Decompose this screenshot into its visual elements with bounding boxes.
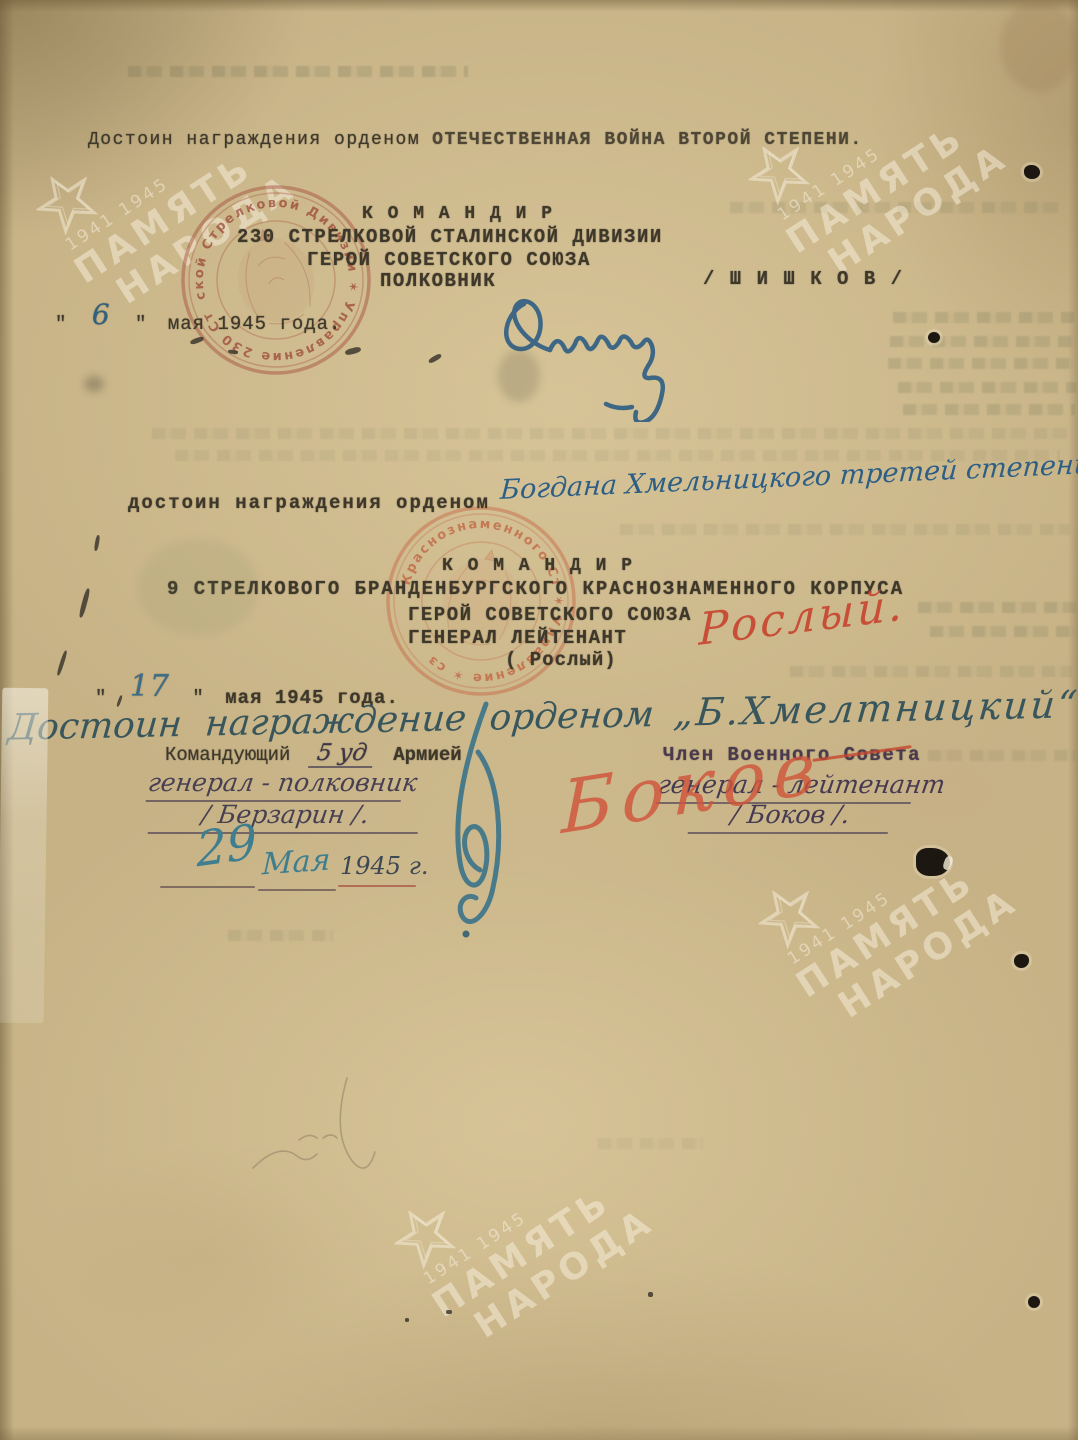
rank-1: ПОЛКОВНИК bbox=[380, 270, 496, 292]
left-rank-handwritten: генерал - полковник bbox=[146, 768, 406, 802]
hole bbox=[1028, 1296, 1040, 1308]
surname-shishkov: / Ш И Ш К О В / bbox=[703, 268, 904, 290]
award-document-page: 1941 1945 ПАМЯТЬ НАРОДА 1941 1945 ПАМЯТЬ… bbox=[0, 0, 1078, 1440]
worthy-line-2: достоин награждения орденом bbox=[128, 492, 490, 514]
star-icon bbox=[747, 874, 829, 955]
handwritten-day-6: 6 bbox=[92, 298, 111, 331]
bleed-through-line bbox=[152, 428, 1067, 439]
ink-fleck bbox=[56, 650, 68, 676]
bleed-through-line bbox=[898, 382, 1076, 393]
stain bbox=[1000, 0, 1078, 92]
date-line-1: " 6 " мая 1945 года. bbox=[55, 303, 342, 336]
speck bbox=[648, 1292, 653, 1297]
pencil-scribble bbox=[235, 1070, 435, 1180]
star-icon bbox=[25, 160, 107, 241]
rank-2: ГЕНЕРАЛ ЛЕЙТЕНАНТ bbox=[408, 627, 627, 649]
star-icon bbox=[383, 1194, 465, 1275]
bleed-through-line bbox=[928, 750, 1076, 761]
commander-label: Командующий bbox=[165, 744, 290, 766]
handwritten-month: Мая bbox=[261, 843, 331, 883]
order-name: ОТЕЧЕСТВЕННАЯ ВОЙНА ВТОРОЙ СТЕПЕНИ. bbox=[432, 130, 863, 150]
ink-smudge bbox=[498, 350, 540, 402]
bleed-through-line bbox=[620, 524, 1070, 535]
bleed-through-line bbox=[918, 602, 1076, 613]
ink-smudge bbox=[84, 376, 104, 392]
bleed-through-line bbox=[893, 312, 1075, 323]
unit-line-1: 230 СТРЕЛКОВОЙ СТАЛИНСКОЙ ДИВИЗИИ bbox=[237, 226, 663, 248]
hole bbox=[1014, 954, 1029, 968]
bleed-through-line bbox=[903, 404, 1075, 415]
handwritten-day-29: 29 bbox=[195, 814, 257, 879]
worthy-line-1: Достоин награждения орденомОТЕЧЕСТВЕННАЯ… bbox=[88, 130, 863, 150]
bleed-through-line bbox=[228, 930, 333, 941]
commander-title-2: К О М А Н Д И Р bbox=[442, 556, 634, 576]
ink-fleck bbox=[428, 353, 443, 364]
tape-strip bbox=[0, 688, 48, 1024]
bleed-through-line bbox=[890, 336, 1075, 347]
hero-title-2: ГЕРОЙ СОВЕТСКОГО СОЮЗА bbox=[408, 604, 692, 626]
round-stamp-230-division: ской Стрелковой Дивизии ✶ Управление 230… bbox=[156, 160, 396, 400]
bleed-through-line bbox=[128, 66, 468, 77]
bleed-through-line bbox=[790, 666, 1072, 677]
ink-fleck bbox=[78, 588, 91, 618]
handwritten-day-17: 17 bbox=[130, 669, 170, 704]
surname-rosly-typed: ( Рослый) bbox=[505, 649, 617, 671]
hole bbox=[928, 332, 940, 343]
speck bbox=[446, 1310, 452, 1314]
handwritten-army-number: 5 уд bbox=[308, 740, 376, 768]
date-underline bbox=[338, 885, 416, 887]
bleed-through-line bbox=[930, 626, 1075, 637]
bleed-through-line bbox=[888, 358, 1075, 369]
commander-title-1: К О М А Н Д И Р bbox=[362, 204, 554, 224]
bleed-through-line bbox=[598, 1138, 703, 1149]
ink-fleck bbox=[94, 535, 101, 551]
worthy-prefix: Достоин награждения орденом bbox=[88, 130, 420, 150]
bleed-through-line bbox=[730, 202, 1060, 213]
left-surname-handwritten: / Берзарин /. bbox=[148, 800, 423, 834]
hole bbox=[1024, 165, 1040, 179]
signature-berzarin bbox=[408, 692, 528, 942]
speck bbox=[405, 1318, 409, 1322]
resolution-right: „Б.Хмелтницкий“ Зст“ bbox=[672, 679, 1078, 734]
stain bbox=[138, 540, 258, 635]
watermark-pamyat-naroda: 1941 1945 ПАМЯТЬ НАРОДА bbox=[737, 38, 1015, 295]
date-underline bbox=[160, 886, 255, 888]
date-underline bbox=[258, 889, 336, 891]
round-stamp-9-corps: Краснознаменного Ст ✶ Управление ✶ сз bbox=[365, 485, 597, 717]
